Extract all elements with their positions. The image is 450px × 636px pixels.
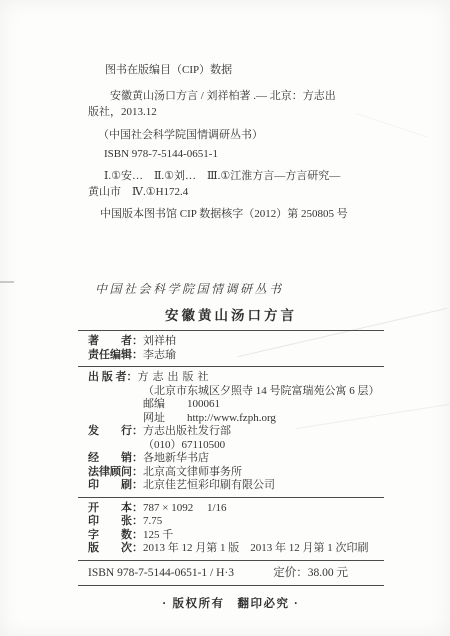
publisher-label: 出 版 者： [88, 371, 138, 385]
printer-value: 北京佳艺恒彩印刷有限公司 [143, 479, 275, 493]
cip-series-note: （中国社会科学院国情调研丛书） [88, 127, 384, 143]
postcode-label: 邮编 [143, 398, 187, 412]
website-row: 网址 http://www.fzph.org [88, 412, 384, 426]
distribution-value: 方志出版社发行部 [143, 425, 231, 439]
author-name: 刘祥柏 [143, 335, 176, 349]
edition-row: 版 次： 2013 年 12 月第 1 版 2013 年 12 月第 1 次印刷 [88, 542, 384, 556]
copyright-page: 图书在版编目（CIP）数据 安徽黄山汤口方言 / 刘祥柏著 .— 北京：方志出 … [0, 0, 450, 636]
postcode-row: 邮编 100061 [88, 398, 384, 412]
website-label: 网址 [143, 412, 187, 426]
format-label: 开 本： [88, 502, 143, 516]
cip-isbn: ISBN 978-7-5144-0651-1 [88, 146, 384, 162]
cip-heading: 图书在版编目（CIP）数据 [88, 62, 384, 78]
publisher-address: （北京市东城区夕照寺 14 号院富瑞苑公寓 6 层） [88, 385, 384, 399]
wordcount-value: 125 千 [143, 529, 173, 543]
cip-bib-line-2: 版社，2013.12 [88, 104, 384, 120]
divider [78, 585, 384, 586]
title-block: 中国社会科学院国情调研丛书 安徽黄山汤口方言 [78, 280, 384, 324]
distribution-label: 发 行： [88, 425, 143, 439]
editor-name: 李志瑜 [143, 349, 176, 363]
cip-bib-line-1: 安徽黄山汤口方言 / 刘祥柏著 .— 北京：方志出 [88, 88, 384, 104]
series-title: 中国社会科学院国情调研丛书 [78, 280, 384, 297]
edition-value: 2013 年 12 月第 1 版 2013 年 12 月第 1 次印刷 [143, 542, 369, 556]
credits-block: 著 者： 刘祥柏 责任编辑： 李志瑜 [78, 331, 384, 366]
retail-label: 经 销： [88, 452, 143, 466]
distribution-phone: （010）67110500 [88, 439, 384, 453]
publication-block: 出 版 者： 方志出版社 （北京市东城区夕照寺 14 号院富瑞苑公寓 6 层） … [78, 367, 384, 497]
scan-mark [0, 281, 14, 283]
format-row: 开 本： 787 × 1092 1/16 [88, 502, 384, 516]
wordcount-label: 字 数： [88, 529, 143, 543]
publisher-row: 出 版 者： 方志出版社 [88, 371, 384, 385]
cip-classification-line-1: Ⅰ.①安… Ⅱ.①刘… Ⅲ.①江淮方言—方言研究— [88, 168, 384, 184]
sheets-row: 印 张： 7.75 [88, 515, 384, 529]
copyright-slogan: · 版权所有 翻印必究 · [78, 595, 384, 611]
cip-block: 图书在版编目（CIP）数据 安徽黄山汤口方言 / 刘祥柏著 .— 北京：方志出 … [78, 0, 384, 222]
cip-classification-line-2: 黄山市 Ⅳ.①H172.4 [88, 184, 384, 200]
cip-record-number: 中国版本图书馆 CIP 数据核字（2012）第 250805 号 [88, 206, 384, 222]
specs-block: 开 本： 787 × 1092 1/16 印 张： 7.75 字 数： 125 … [78, 498, 384, 560]
format-value: 787 × 1092 1/16 [143, 502, 227, 516]
edition-label: 版 次： [88, 542, 143, 556]
sheets-label: 印 张： [88, 515, 143, 529]
postcode-value: 100061 [187, 398, 220, 412]
legal-counsel-label: 法律顾问： [88, 466, 143, 480]
distribution-row: 发 行： 方志出版社发行部 [88, 425, 384, 439]
page-content: 图书在版编目（CIP）数据 安徽黄山汤口方言 / 刘祥柏著 .— 北京：方志出 … [78, 0, 384, 611]
author-label: 著 者： [88, 335, 143, 349]
printer-label: 印 刷： [88, 479, 143, 493]
isbn-price-row: ISBN 978-7-5144-0651-1 / H·3 定价：38.00 元 [78, 561, 384, 585]
legal-counsel-value: 北京高文律师事务所 [143, 466, 242, 480]
wordcount-row: 字 数： 125 千 [88, 529, 384, 543]
author-row: 著 者： 刘祥柏 [88, 335, 384, 349]
isbn-full: ISBN 978-7-5144-0651-1 / H·3 [88, 565, 234, 581]
price: 定价：38.00 元 [273, 565, 348, 581]
book-title: 安徽黄山汤口方言 [78, 304, 384, 324]
publisher-name: 方志出版社 [138, 371, 213, 385]
website-url: http://www.fzph.org [187, 412, 276, 426]
legal-counsel-row: 法律顾问： 北京高文律师事务所 [88, 466, 384, 480]
retail-value: 各地新华书店 [143, 452, 209, 466]
retail-row: 经 销： 各地新华书店 [88, 452, 384, 466]
editor-label: 责任编辑： [88, 349, 143, 363]
printer-row: 印 刷： 北京佳艺恒彩印刷有限公司 [88, 479, 384, 493]
editor-row: 责任编辑： 李志瑜 [88, 349, 384, 363]
sheets-value: 7.75 [143, 515, 162, 529]
